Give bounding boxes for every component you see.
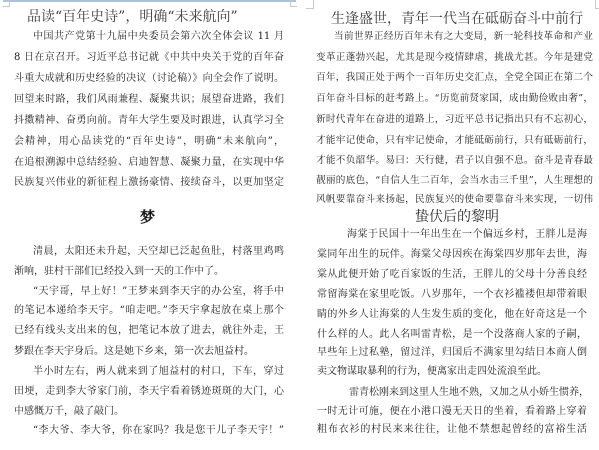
paragraph-line: 田埂，走到李大爷家门前，李天宇看着锈迹斑斑的大门，心: [14, 385, 284, 399]
paragraph-line: 睛的外乡人让海棠的人生发生质的变化，他在好奇这是一个: [317, 308, 587, 322]
paragraph-line: 卖文物谋取暴利的行为，便离家出走四处流浪至此。: [317, 365, 547, 379]
paragraph-line: 抖擞精神、奋勇向前。青年大学生要及时跟进，认真学习全: [14, 114, 284, 128]
corner-mark-right-page-top-left: [306, 0, 314, 9]
paragraph-line: 雷青松刚来到这里人生地不熟，又加之从小娇生惯养，: [349, 386, 587, 400]
paragraph-line: 百年，我国正处于两个一百年历史交汇点，全党全国正在第二个: [316, 71, 593, 85]
paragraph-line: 百年奋斗目标的赶考路上。“历览前贤家国，成由勤俭败由奢”，: [316, 92, 593, 106]
paragraph-line: “天宇哥，早上好！”王梦来到李天宇的办公室，将手中: [33, 285, 284, 299]
paragraph-line: 已经有线头支出来的包，把笔记本放了进去，就往外走，王: [14, 324, 284, 338]
article-title: 蛰伏后的黎明: [415, 209, 499, 225]
corner-mark-left-page-top-right: [290, 0, 297, 7]
paragraph-line: 清晨，太阳还未升起，天空却已泛起鱼肚，村落里鸡鸣: [33, 245, 284, 259]
paragraph-line: 梦跟在李天宇身后。这是她下乡来，第一次去旭益村。: [14, 345, 254, 359]
paragraph-line: 棠从此便开始了吃百家饭的生活，王胖儿的父母十分善良经: [317, 268, 587, 282]
paragraph-line: 在追根溯源中总结经验、启迪智慧、凝聚力量，在实现中华: [14, 156, 284, 170]
article-title: 品读“百年史诗”，明确“未来航向”: [27, 9, 238, 25]
paragraph-line: “李大爷、李大爷，你在家吗？我是您干儿子李天宇！”: [33, 424, 284, 438]
paragraph-line: 会精神，用心品读党的“百年史诗”，明确“未来航向”，: [14, 135, 284, 149]
paragraph-line: 一时无计可施，便在小港口漫无天日的坐着，看着路上穿着: [317, 405, 587, 419]
paragraph-line: 的笔记本递给李天宇。“咱走吧。”李天宇拿起放在桌上那个: [14, 304, 284, 318]
paragraph-line: 棠同年出生的玩伴。海棠父母因疾在海棠四岁那年去世，海: [317, 248, 587, 262]
paragraph-line: 斗重大成就和历史经验的决议（讨论稿）》向全会作了说明。: [14, 72, 284, 86]
paragraph-line: 变革正蓬勃兴起，尤其是现今疫情肆虐，挑战尤甚。今年是建党: [316, 51, 593, 65]
paragraph-line: 粗布衣衫的村民来来往往，让他不禁想起曾经的富裕生活: [317, 423, 587, 437]
paragraph-line: 常留海棠在家里吃饭。八岁那年，一个衣衫褴褛但却带着眼: [317, 288, 587, 302]
corner-mark-right-page-top-right: [595, 0, 599, 9]
paragraph-line: 才能牢记使命，只有牢记使命，才能砥砺前行，只有砥砺前行，: [316, 134, 593, 148]
paragraph-line: 新时代青年在奋进的道路上，习近平总书记指出只有不忘初心，: [316, 113, 593, 127]
article-title: 梦: [140, 209, 155, 225]
paragraph-line: 半小时左右，两人就来到了旭益村的村口，下车，穿过: [33, 365, 284, 379]
paragraph-line: 什么样的人。此人名叫雷青松，是一个没落商人家的子嗣，: [317, 328, 587, 342]
paragraph-line: 才能不负韶华。易曰：天行健，君子以自强不息。奋斗是青春最: [316, 154, 593, 168]
paragraph-line: 海棠于民国十一年出生在一个偏远乡村，王胖儿是海: [347, 228, 587, 242]
corner-mark-left-page-top-left: [3, 0, 10, 7]
paragraph-line: 民族复兴伟业的新征程上激扬豪情、接续奋斗，以更加坚定: [14, 176, 284, 190]
paragraph-line: 8 日在京召开。习近平总书记就《中共中央关于党的百年奋: [14, 51, 284, 65]
paragraph-line: 中感慨万千，敲了敲门。: [14, 405, 124, 419]
paragraph-line: 中国共产党第十九届中央委员会第六次全体会议 11 月: [33, 30, 284, 44]
page-top-rule: [3, 0, 296, 2]
paragraph-line: 风帆要靠奋斗来扬起，民族复兴的使命要靠奋斗来实现，一切伟: [316, 193, 593, 207]
paragraph-line: 渐响，驻村干部们已经投入到一天的工作中了。: [14, 265, 224, 279]
paragraph-line: 当前世界正经历百年未有之大变局，新一轮科技革命和产业: [334, 30, 593, 44]
paragraph-line: 回望来时路，我们风雨兼程、凝聚共识；展望奋进路，我们: [14, 93, 284, 107]
article-title: 生逢盛世，青年一代当在砥砺奋斗中前行: [331, 11, 583, 27]
paragraph-line: 早些年上过私塾，留过洋，归国后不满家里勾结日本商人倒: [317, 346, 587, 360]
paragraph-line: 靓丽的底色，“自信人生二百年，会当水击三千里”，人生理想的: [316, 174, 593, 188]
